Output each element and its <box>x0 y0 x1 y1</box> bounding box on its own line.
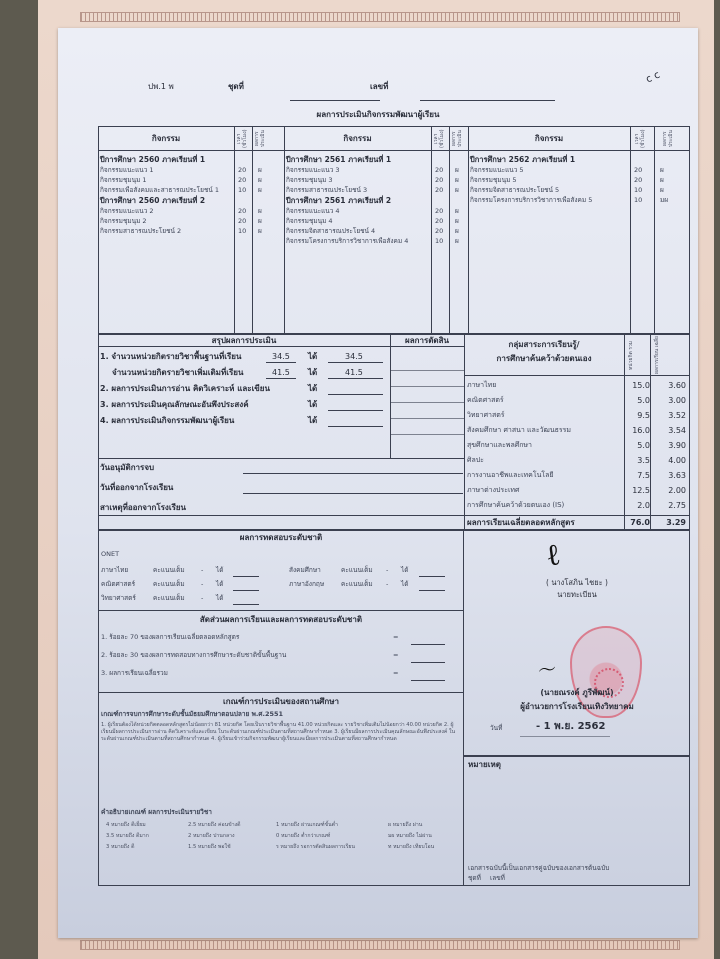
subject-credits: 2.0 <box>626 501 650 511</box>
col-header-result-2: ผลการประเมิน <box>451 128 465 150</box>
subject-name: สังคมศึกษา ศาสนา และวัฒนธรรม <box>467 426 571 435</box>
ratio-label: 1. ร้อยละ 70 ของผลการเรียนเฉลี่ยตลอดหลัก… <box>101 633 239 642</box>
term-title: ปีการศึกษา 2560 ภาคเรียนที่ 1 <box>100 155 270 165</box>
col-header-activity-2: กิจกรรม <box>284 134 431 144</box>
summary-got-line[interactable] <box>328 394 383 395</box>
remarks-set-label: ชุดที่ <box>468 874 481 883</box>
summary-got-line[interactable] <box>328 426 383 427</box>
summary-label: จำนวนหน่วยกิตรายวิชาเพิ่มเติมที่เรียน <box>112 368 243 378</box>
leave-reason-label: สาเหตุที่ออกจากโรงเรียน <box>100 503 186 513</box>
activity-name: กิจกรรมจิตสาธารณประโยชน์ 4 <box>286 227 375 236</box>
activity-name: กิจกรรมสาธารณประโยชน์ 3 <box>286 186 367 195</box>
date-label: วันที่ <box>490 724 502 733</box>
subject-row: สุขศึกษาและพลศึกษา5.03.90 <box>464 438 690 453</box>
activity-hours: 20 <box>238 176 246 185</box>
ratio-row: 2. ร้อยละ 30 ของผลการทดสอบทางการศึกษาระด… <box>101 648 461 666</box>
subject-grade: 2.00 <box>652 486 686 496</box>
onet-score-field[interactable] <box>233 590 259 591</box>
subject-grade: 4.00 <box>652 456 686 466</box>
activity-row: กิจกรรมแนะแนว 420ผ <box>286 206 466 216</box>
activity-result: ผ <box>258 186 262 195</box>
onet-row: ภาษาไทยคะแนนเต็ม-ได้สังคมศึกษาคะแนนเต็ม-… <box>101 564 461 578</box>
ratio-label: 3. ผลการเรียนเฉลี่ยรวม <box>101 669 168 678</box>
onet-cell: ได้ <box>401 566 409 575</box>
subject-row: ศิลปะ3.54.00 <box>464 453 690 468</box>
number-label: เลขที่ <box>370 82 388 92</box>
onet-row: วิทยาศาสตร์คะแนนเต็ม-ได้ <box>101 592 461 606</box>
remarks-title: หมายเหตุ <box>468 760 501 770</box>
subject-row: วิทยาศาสตร์9.53.52 <box>464 408 690 423</box>
activity-name: กิจกรรมโครงการบริการวิชาการเพื่อสังคม 4 <box>286 237 408 246</box>
summary-got-value: 34.5 <box>345 352 363 362</box>
onet-cell: วิทยาศาสตร์ <box>101 594 136 603</box>
legend-item: ท หมายถึง เทียบโอน <box>388 844 434 851</box>
subject-grade: 3.54 <box>652 426 686 436</box>
ratio-field[interactable] <box>411 680 445 681</box>
set-label: ชุดที่ <box>228 82 244 92</box>
onet-cell: ได้ <box>216 594 224 603</box>
activity-name: กิจกรรมแนะแนว 5 <box>470 166 524 175</box>
director-title: ผู้อำนวยการโรงเรียนเทิงวิทยาคม <box>464 702 690 712</box>
activity-name: กิจกรรมชุมนุม 1 <box>100 176 147 185</box>
subject-credits: 7.5 <box>626 471 650 481</box>
number-field[interactable] <box>420 100 555 101</box>
activity-result: ผ <box>455 237 459 246</box>
legend-item: 0 หมายถึง ต่ำกว่าเกณฑ์ <box>276 833 330 840</box>
activity-hours: 20 <box>435 227 443 236</box>
legend-title: คำอธิบายเกณฑ์ ผลการประเมินรายวิชา <box>101 808 212 817</box>
summary-got-label: ได้ <box>308 368 317 378</box>
subject-row: ภาษาต่างประเทศ12.52.00 <box>464 483 690 498</box>
activity-row: กิจกรรมเพื่อสังคมและสาธารณประโยชน์ 110ผ <box>100 185 270 195</box>
term-title: ปีการศึกษา 2561 ภาคเรียนที่ 1 <box>286 155 466 165</box>
subjects-header-line2: การศึกษาค้นคว้าด้วยตนเอง <box>464 354 624 364</box>
activity-name: กิจกรรมสาธารณประโยชน์ 2 <box>100 227 181 236</box>
folder-perforation-top <box>80 12 680 22</box>
subject-credits: 12.5 <box>626 486 650 496</box>
legend-item: 4 หมายถึง ดีเยี่ยม <box>106 822 146 829</box>
legend-item: 2 หมายถึง ปานกลาง <box>188 833 235 840</box>
activity-result: ผ <box>455 166 459 175</box>
onet-cell: ได้ <box>216 580 224 589</box>
legend-row: 3.5 หมายถึง ดีมาก2 หมายถึง ปานกลาง0 หมาย… <box>106 832 461 843</box>
subject-credits: 15.0 <box>626 381 650 391</box>
activity-hours: 20 <box>435 186 443 195</box>
onet-scores: ภาษาไทยคะแนนเต็ม-ได้สังคมศึกษาคะแนนเต็ม-… <box>101 564 461 606</box>
activity-row: กิจกรรมโครงการบริการวิชาการเพื่อสังคม 41… <box>286 236 466 246</box>
subject-grade: 3.90 <box>652 441 686 451</box>
ratio-label: 2. ร้อยละ 30 ของผลการทดสอบทางการศึกษาระด… <box>101 651 286 660</box>
activity-name: กิจกรรมโครงการบริการวิชาการเพื่อสังคม 5 <box>470 196 592 205</box>
activity-name: กิจกรรมชุมนุม 2 <box>100 217 147 226</box>
col-header-hours-2: เวลา (ชั่วโมง) <box>433 128 447 150</box>
leave-date-label: วันที่ออกจากโรงเรียน <box>100 483 173 493</box>
subject-credits: 16.0 <box>626 426 650 436</box>
activity-hours: 20 <box>435 217 443 226</box>
activity-hours: 10 <box>634 186 642 195</box>
criteria-title: เกณฑ์การประเมินของสถานศึกษา <box>98 697 464 707</box>
summary-got-label: ได้ <box>308 400 317 410</box>
summary-title: สรุปผลการประเมิน <box>98 336 390 346</box>
registrar-name: ( นางโสภิน ไชยะ ) <box>464 578 690 588</box>
col-header-result-1: ผลการประเมิน <box>254 128 268 150</box>
onet-cell: คะแนนเต็ม <box>153 566 185 575</box>
activities-column-2: ปีการศึกษา 2561 ภาคเรียนที่ 1กิจกรรมแนะแ… <box>286 154 466 246</box>
subject-name: วิทยาศาสตร์ <box>467 411 505 420</box>
form-code: ปพ.1 พ <box>148 82 174 92</box>
onet-score-field[interactable] <box>419 590 445 591</box>
summary-list: 1. จำนวนหน่วยกิตรายวิชาพื้นฐานที่เรียน34… <box>100 350 390 430</box>
activity-hours: 10 <box>238 186 246 195</box>
subject-name: ภาษาไทย <box>467 381 496 390</box>
legend-item: 1.5 หมายถึง พอใช้ <box>188 844 231 851</box>
subject-name: การงานอาชีพและเทคโนโลยี <box>467 471 554 480</box>
activities-column-1: ปีการศึกษา 2560 ภาคเรียนที่ 1กิจกรรมแนะแ… <box>100 154 270 236</box>
subject-row: ภาษาไทย15.03.60 <box>464 378 690 393</box>
activity-hours: 10 <box>435 237 443 246</box>
activity-result: ผ <box>258 166 262 175</box>
summary-label: 1. จำนวนหน่วยกิตรายวิชาพื้นฐานที่เรียน <box>100 352 241 362</box>
activity-hours: 20 <box>435 166 443 175</box>
summary-got-label: ได้ <box>308 416 317 426</box>
activity-name: กิจกรรมชุมนุม 4 <box>286 217 333 226</box>
activity-row: กิจกรรมชุมนุม 120ผ <box>100 175 270 185</box>
subject-credits: 5.0 <box>626 396 650 406</box>
copy-note: เอกสารฉบับนี้เป็นเอกสารคู่ฉบับของเอกสารต… <box>468 864 609 873</box>
subject-credits: 9.5 <box>626 411 650 421</box>
subject-grade: 3.63 <box>652 471 686 481</box>
decision-header: ผลการตัดสิน <box>390 336 464 346</box>
activities-column-3: ปีการศึกษา 2562 ภาคเรียนที่ 1กิจกรรมแนะแ… <box>470 154 680 205</box>
summary-got-line[interactable] <box>328 362 383 363</box>
subject-credits: 5.0 <box>626 441 650 451</box>
onet-cell: คะแนนเต็ม <box>153 594 185 603</box>
col-header-hours-3: เวลา (ชั่วโมง) <box>634 128 648 150</box>
subject-row: การงานอาชีพและเทคโนโลยี7.53.63 <box>464 468 690 483</box>
activity-name: กิจกรรมแนะแนว 3 <box>286 166 340 175</box>
onet-score-field[interactable] <box>233 576 259 577</box>
activity-row: กิจกรรมชุมนุม 320ผ <box>286 175 466 185</box>
ratio-list: 1. ร้อยละ 70 ของผลการเรียนเฉลี่ยตลอดหลัก… <box>101 630 461 684</box>
activity-result: ผ <box>258 217 262 226</box>
activity-hours: 20 <box>238 207 246 216</box>
summary-studied-line <box>266 378 296 379</box>
criteria-subtitle: เกณฑ์การจบการศึกษาระดับชั้นมัธยมศึกษาตอน… <box>101 710 283 719</box>
subject-grade: 3.00 <box>652 396 686 406</box>
activity-row: กิจกรรมสาธารณประโยชน์ 210ผ <box>100 226 270 236</box>
activity-name: กิจกรรมชุมนุม 3 <box>286 176 333 185</box>
term-title: ปีการศึกษา 2562 ภาคเรียนที่ 1 <box>470 155 680 165</box>
activity-hours: 20 <box>238 166 246 175</box>
activity-hours: 20 <box>634 176 642 185</box>
onet-score-field[interactable] <box>419 576 445 577</box>
activity-row: กิจกรรมชุมนุม 520ผ <box>470 175 680 185</box>
subject-row: การศึกษาค้นคว้าด้วยตนเอง (IS)2.02.75 <box>464 498 690 513</box>
activity-row: กิจกรรมจิตสาธารณประโยชน์ 420ผ <box>286 226 466 236</box>
activity-hours: 20 <box>634 166 642 175</box>
activity-result: ผ <box>455 186 459 195</box>
activity-result: ผ <box>455 176 459 185</box>
grade-header: ผลการเรียน เฉลี่ย <box>654 336 684 374</box>
col-header-hours-1: เวลา (ชั่วโมง) <box>236 128 250 150</box>
term-title: ปีการศึกษา 2560 ภาคเรียนที่ 2 <box>100 196 270 206</box>
activity-row: กิจกรรมสาธารณประโยชน์ 320ผ <box>286 185 466 195</box>
summary-row: จำนวนหน่วยกิตรายวิชาเพิ่มเติมที่เรียน41.… <box>100 366 390 382</box>
total-credits: 76.0 <box>626 518 650 528</box>
onet-cell: - <box>201 566 203 575</box>
activity-name: กิจกรรมแนะแนว 4 <box>286 207 340 216</box>
summary-studied-line <box>266 362 296 363</box>
subject-grade: 3.52 <box>652 411 686 421</box>
activity-hours: 10 <box>238 227 246 236</box>
national-test-title: ผลการทดสอบระดับชาติ <box>98 533 464 543</box>
activities-section-title: ผลการประเมินกิจกรรมพัฒนาผู้เรียน <box>58 110 698 120</box>
subject-row: คณิตศาสตร์5.03.00 <box>464 393 690 408</box>
approval-date-field[interactable] <box>243 473 463 474</box>
subject-name: ศิลปะ <box>467 456 484 465</box>
activity-name: กิจกรรมชุมนุม 5 <box>470 176 517 185</box>
subjects-table: ภาษาไทย15.03.60คณิตศาสตร์5.03.00วิทยาศาส… <box>464 378 690 513</box>
activity-result: ผ <box>455 217 459 226</box>
onet-cell: ภาษาอังกฤษ <box>289 580 324 589</box>
approval-date-label: วันอนุมัติการจบ <box>100 463 154 473</box>
summary-studied: 41.5 <box>272 368 290 378</box>
legend-item: 3 หมายถึง ดี <box>106 844 134 851</box>
legend-row: 3 หมายถึง ดี1.5 หมายถึง พอใช้ร หมายถึง ร… <box>106 843 461 854</box>
activity-result: ผ <box>258 227 262 236</box>
activity-row: กิจกรรมแนะแนว 120ผ <box>100 165 270 175</box>
ratio-row: 1. ร้อยละ 70 ของผลการเรียนเฉลี่ยตลอดหลัก… <box>101 630 461 648</box>
col-header-activity-3: กิจกรรม <box>468 134 630 144</box>
onet-cell: - <box>386 566 388 575</box>
activity-name: กิจกรรมเพื่อสังคมและสาธารณประโยชน์ 1 <box>100 186 219 195</box>
onet-cell: - <box>386 580 388 589</box>
summary-label: 2. ผลการประเมินการอ่าน คิดวิเคราะห์ และเ… <box>100 384 270 394</box>
onet-cell: คะแนนเต็ม <box>153 580 185 589</box>
corner-mark: c c <box>644 70 662 86</box>
total-label: ผลการเรียนเฉลี่ยตลอดหลักสูตร <box>467 518 575 528</box>
ratio-field[interactable] <box>411 662 445 663</box>
onet-cell: ได้ <box>216 566 224 575</box>
legend-item: ร หมายถึง รอการตัดสินผลการเรียน <box>276 844 355 851</box>
onet-cell: ภาษาไทย <box>101 566 128 575</box>
activity-name: กิจกรรมจิตสาธารณประโยชน์ 5 <box>470 186 559 195</box>
activity-row: กิจกรรมแนะแนว 320ผ <box>286 165 466 175</box>
ratio-field[interactable] <box>411 644 445 645</box>
summary-got-line[interactable] <box>328 378 383 379</box>
activity-result: ผ <box>455 227 459 236</box>
credits-header: หน่วยกิต รวม <box>628 336 648 374</box>
activity-row: กิจกรรมโครงการบริการวิชาการเพื่อสังคม 51… <box>470 195 680 205</box>
activity-name: กิจกรรมแนะแนว 1 <box>100 166 154 175</box>
registrar-title: นายทะเบียน <box>464 590 690 600</box>
activity-hours: 10 <box>634 196 642 205</box>
transcript-page: ปพ.1 พ ชุดที่ เลขที่ c c ผลการประเมินกิจ… <box>58 28 698 938</box>
summary-label: 3. ผลการประเมินคุณลักษณะอันพึงประสงค์ <box>100 400 249 410</box>
ratio-eq: = <box>393 633 398 642</box>
onet-score-field[interactable] <box>233 604 259 605</box>
subject-grade: 2.75 <box>652 501 686 511</box>
legend-row: 4 หมายถึง ดีเยี่ยม2.5 หมายถึง ค่อนข้างดี… <box>106 821 461 832</box>
folder-perforation-bottom <box>80 940 680 950</box>
ratio-eq: = <box>393 651 398 660</box>
activity-hours: 20 <box>435 176 443 185</box>
subject-name: ภาษาต่างประเทศ <box>467 486 519 495</box>
activity-result: ผ <box>258 207 262 216</box>
ratio-title: สัดส่วนผลการเรียนและผลการทดสอบระดับชาติ <box>98 615 464 625</box>
criteria-body: 1. ผู้เรียนต้องได้หน่วยกิตตลอดหลักสูตรไม… <box>101 722 459 743</box>
summary-row: 1. จำนวนหน่วยกิตรายวิชาพื้นฐานที่เรียน34… <box>100 350 390 366</box>
total-grade: 3.29 <box>652 518 686 528</box>
onet-cell: คะแนนเต็ม <box>341 580 373 589</box>
summary-row: 3. ผลการประเมินคุณลักษณะอันพึงประสงค์ได้ <box>100 398 390 414</box>
subject-grade: 3.60 <box>652 381 686 391</box>
summary-got-line[interactable] <box>328 410 383 411</box>
activity-row: กิจกรรมแนะแนว 520ผ <box>470 165 680 175</box>
summary-label: 4. ผลการประเมินกิจกรรมพัฒนาผู้เรียน <box>100 416 234 426</box>
onet-cell: ได้ <box>401 580 409 589</box>
national-test-name: ONET <box>101 550 119 559</box>
activity-result: ผ <box>660 186 664 195</box>
term-title: ปีการศึกษา 2561 ภาคเรียนที่ 2 <box>286 196 466 206</box>
summary-got-value: 41.5 <box>345 368 363 378</box>
legend-item: 2.5 หมายถึง ค่อนข้างดี <box>188 822 241 829</box>
ratio-eq: = <box>393 669 398 678</box>
onet-row: คณิตศาสตร์คะแนนเต็ม-ได้ภาษาอังกฤษคะแนนเต… <box>101 578 461 592</box>
summary-row: 2. ผลการประเมินการอ่าน คิดวิเคราะห์ และเ… <box>100 382 390 398</box>
onet-cell: คะแนนเต็ม <box>341 566 373 575</box>
legend-item: 1 หมายถึง ผ่านเกณฑ์ขั้นต่ำ <box>276 822 338 829</box>
subject-name: สุขศึกษาและพลศึกษา <box>467 441 532 450</box>
activity-result: ผ <box>455 207 459 216</box>
grade-legend: 4 หมายถึง ดีเยี่ยม2.5 หมายถึง ค่อนข้างดี… <box>106 821 461 854</box>
legend-item: มผ หมายถึง ไม่ผ่าน <box>388 833 432 840</box>
onet-cell: คณิตศาสตร์ <box>101 580 135 589</box>
set-field[interactable] <box>290 100 380 101</box>
activity-row: กิจกรรมชุมนุม 420ผ <box>286 216 466 226</box>
subject-name: การศึกษาค้นคว้าด้วยตนเอง (IS) <box>467 501 564 510</box>
activity-row: กิจกรรมชุมนุม 220ผ <box>100 216 270 226</box>
director-name: (นายณรงค์ ภูรีพัฒน์) <box>464 688 690 698</box>
activity-result: ผ <box>258 176 262 185</box>
date-value: - 1 พ.ย. 2562 <box>536 722 605 732</box>
subject-credits: 3.5 <box>626 456 650 466</box>
remarks-number-label: เลขที่ <box>490 874 505 883</box>
onet-cell: สังคมศึกษา <box>289 566 321 575</box>
col-header-result-3: ผลการประเมิน <box>662 128 676 150</box>
activity-hours: 20 <box>238 217 246 226</box>
leave-date-field[interactable] <box>243 493 463 494</box>
activity-result: ผ <box>660 176 664 185</box>
subject-row: สังคมศึกษา ศาสนา และวัฒนธรรม16.03.54 <box>464 423 690 438</box>
onet-cell: - <box>201 580 203 589</box>
legend-item: ผ หมายถึง ผ่าน <box>388 822 422 829</box>
legend-item: 3.5 หมายถึง ดีมาก <box>106 833 149 840</box>
activity-name: กิจกรรมแนะแนว 2 <box>100 207 154 216</box>
summary-got-label: ได้ <box>308 384 317 394</box>
activity-row: กิจกรรมจิตสาธารณประโยชน์ 510ผ <box>470 185 680 195</box>
onet-cell: - <box>201 594 203 603</box>
summary-row: 4. ผลการประเมินกิจกรรมพัฒนาผู้เรียนได้ <box>100 414 390 430</box>
summary-studied: 34.5 <box>272 352 290 362</box>
subjects-header-line1: กลุ่มสาระการเรียนรู้/ <box>464 340 624 350</box>
summary-got-label: ได้ <box>308 352 317 362</box>
col-header-activity-1: กิจกรรม <box>98 134 234 144</box>
activity-result: มผ <box>660 196 668 205</box>
activity-result: ผ <box>660 166 664 175</box>
activity-row: กิจกรรมแนะแนว 220ผ <box>100 206 270 216</box>
subject-name: คณิตศาสตร์ <box>467 396 504 405</box>
ratio-row: 3. ผลการเรียนเฉลี่ยรวม= <box>101 666 461 684</box>
activity-hours: 20 <box>435 207 443 216</box>
